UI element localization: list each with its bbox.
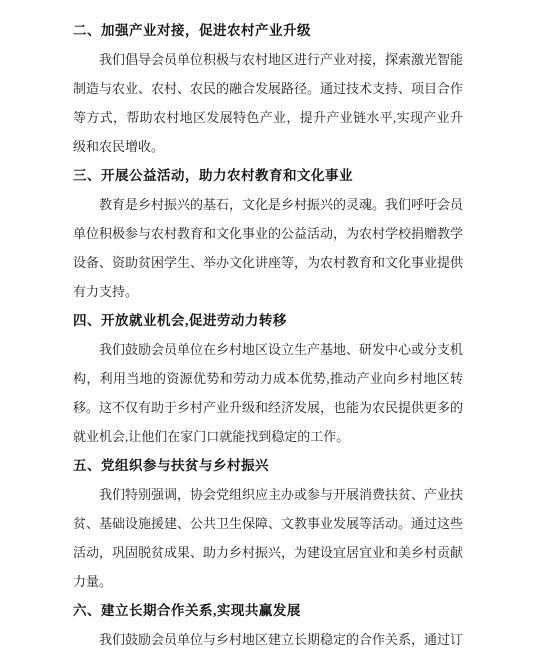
text-line: 移。这不仅有助于乡村产业升级和经济发展，也能为农民提供更多的 <box>73 393 463 422</box>
text-line: 贫、基础设施援建、公共卫生保障、文教事业发展等活动。通过这些 <box>73 509 463 538</box>
section-heading: 五、党组织参与扶贫与乡村振兴 <box>73 451 463 480</box>
section-industry-docking: 二、加强产业对接，促进农村产业升级 我们倡导会员单位积极与农村地区进行产业对接，… <box>73 16 463 161</box>
section-heading: 二、加强产业对接，促进农村产业升级 <box>73 16 463 45</box>
text-line: 单位积极参与农村教育和文化事业的公益活动，为农村学校捐赠教学 <box>73 219 463 248</box>
section-public-welfare: 三、开展公益活动，助力农村教育和文化事业 教育是乡村振兴的基石，文化是乡村振兴的… <box>73 161 463 306</box>
section-heading: 六、建立长期合作关系,实现共赢发展 <box>73 596 463 625</box>
section-heading: 四、开放就业机会,促进劳动力转移 <box>73 306 463 335</box>
text-line: 构，利用当地的资源优势和劳动力成本优势,推动产业向乡村地区转 <box>73 364 463 393</box>
text-line: 教育是乡村振兴的基石，文化是乡村振兴的灵魂。我们呼吁会员 <box>73 190 463 219</box>
text-line: 有力支持。 <box>73 277 463 306</box>
text-line: 我们鼓励会员单位与乡村地区建立长期稳定的合作关系，通过订 <box>73 625 463 654</box>
text-line: 活动，巩固脱贫成果、助力乡村振兴，为建设宜居宜业和美乡村贡献 <box>73 538 463 567</box>
section-long-term-cooperation: 六、建立长期合作关系,实现共赢发展 我们鼓励会员单位与乡村地区建立长期稳定的合作… <box>73 596 463 654</box>
document-content: 二、加强产业对接，促进农村产业升级 我们倡导会员单位积极与农村地区进行产业对接，… <box>73 16 463 654</box>
text-line: 设备、资助贫困学生、举办文化讲座等，为农村教育和文化事业提供 <box>73 248 463 277</box>
document-page: 二、加强产业对接，促进农村产业升级 我们倡导会员单位积极与农村地区进行产业对接，… <box>0 0 541 669</box>
text-line: 制造与农业、农村、农民的融合发展路径。通过技术支持、项目合作 <box>73 74 463 103</box>
text-line: 我们特别强调，协会党组织应主办或参与开展消费扶贫、产业扶 <box>73 480 463 509</box>
text-line: 力量。 <box>73 567 463 596</box>
section-party-organization: 五、党组织参与扶贫与乡村振兴 我们特别强调，协会党组织应主办或参与开展消费扶贫、… <box>73 451 463 596</box>
text-line: 我们鼓励会员单位在乡村地区设立生产基地、研发中心或分支机 <box>73 335 463 364</box>
text-line: 级和农民增收。 <box>73 132 463 161</box>
section-heading: 三、开展公益活动，助力农村教育和文化事业 <box>73 161 463 190</box>
text-line: 就业机会,让他们在家门口就能找到稳定的工作。 <box>73 422 463 451</box>
text-line: 等方式，帮助农村地区发展特色产业，提升产业链水平,实现产业升 <box>73 103 463 132</box>
section-employment: 四、开放就业机会,促进劳动力转移 我们鼓励会员单位在乡村地区设立生产基地、研发中… <box>73 306 463 451</box>
text-line: 我们倡导会员单位积极与农村地区进行产业对接，探索激光智能 <box>73 45 463 74</box>
